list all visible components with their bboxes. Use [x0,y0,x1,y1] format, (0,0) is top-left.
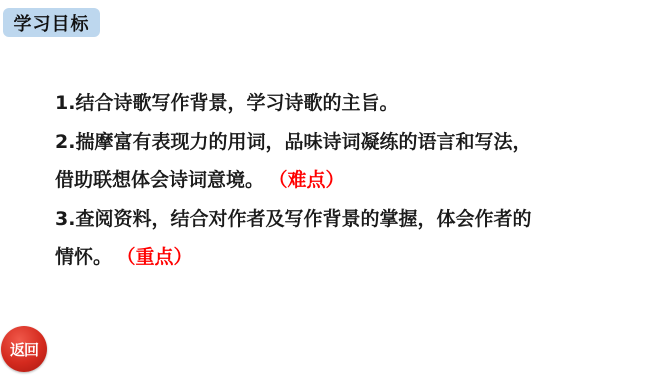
section-title-tag: 学习目标 [3,8,100,37]
objective-line-2: 2.揣摩富有表现力的用词，品味诗词凝练的语言和写法， [55,123,655,162]
objectives-list: 1.结合诗歌写作背景，学习诗歌的主旨。 2.揣摩富有表现力的用词，品味诗词凝练的… [55,84,655,277]
objective-line-4: 3.查阅资料，结合对作者及写作背景的掌握，体会作者的 [55,200,655,239]
objective-text: 情怀。 [55,246,112,268]
section-title: 学习目标 [14,10,90,36]
objective-line-1: 1.结合诗歌写作背景，学习诗歌的主旨。 [55,84,655,123]
key-point-note: （重点） [126,246,193,268]
difficulty-note: （难点） [278,169,345,191]
back-button[interactable]: 返回 [1,326,47,372]
objective-text: 借助联想体会诗词意境。 [55,169,264,191]
objective-text: 2.揣摩富有表现力的用词，品味诗词凝练的语言和写法， [55,131,531,153]
back-button-label: 返回 [10,339,38,360]
objective-line-3: 借助联想体会诗词意境。（难点） [55,161,655,200]
objective-text: 1.结合诗歌写作背景，学习诗歌的主旨。 [55,92,398,114]
objective-text: 3.查阅资料，结合对作者及写作背景的掌握，体会作者的 [55,208,531,230]
objective-line-5: 情怀。（重点） [55,238,655,277]
